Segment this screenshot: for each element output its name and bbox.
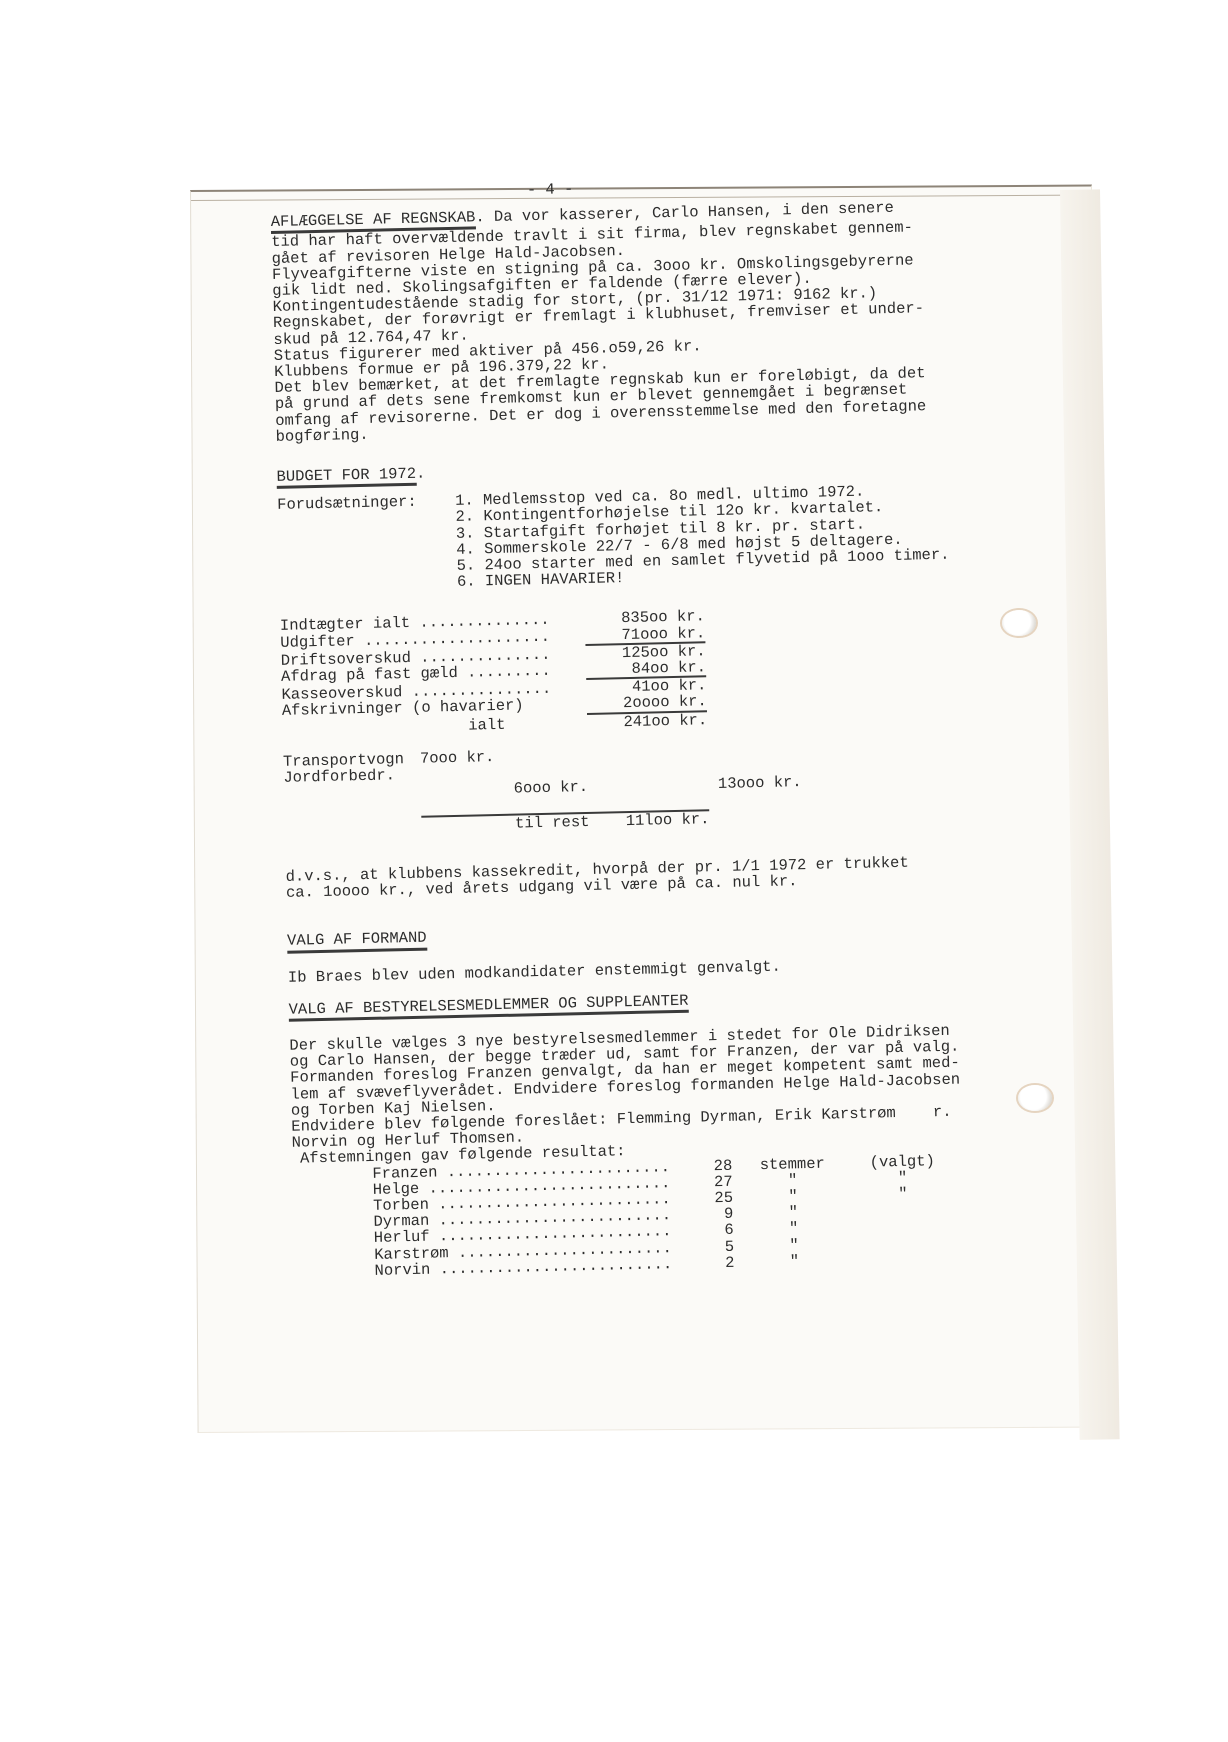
- section-board-election: VALG AF BESTYRELSESMEDLEMMER OG SUPPLEAN…: [288, 984, 1074, 1281]
- vote-unit: ": [734, 1252, 854, 1271]
- vote-count: 6: [704, 1222, 734, 1239]
- rest-value: 11loo kr.: [589, 811, 709, 830]
- vote-status: [854, 1250, 954, 1268]
- vote-count: 5: [704, 1238, 734, 1255]
- section-accounts: AFLÆGGELSE AF REGNSKAB. Da vor kasserer,…: [271, 197, 1056, 445]
- investment-total: 13ooo kr.: [681, 774, 801, 793]
- typewritten-page: - 4 - AFLÆGGELSE AF REGNSKAB. Da vor kas…: [270, 170, 1075, 1280]
- budget-table: Indtægter ialt ..............835oo kr.Ud…: [280, 601, 1063, 738]
- heading-suffix: .: [416, 465, 426, 483]
- vote-count: 28: [702, 1157, 732, 1174]
- vote-results: Franzen ........................28stemme…: [292, 1150, 1074, 1281]
- heading-budget: BUDGET FOR 1972: [276, 466, 416, 489]
- investment-amount: 6ooo kr.: [514, 777, 682, 797]
- investment-label: Jordforbedr.: [283, 767, 421, 821]
- vote-count: 2: [704, 1255, 734, 1272]
- section-budget: BUDGET FOR 1972. Forudsætninger: 1. Medl…: [276, 451, 1066, 901]
- investment-underlined: 6ooo kr.13ooo kr.: [420, 760, 709, 817]
- heading-chairman-election: VALG AF FORMAND: [287, 930, 427, 953]
- page-number: - 4 -: [330, 177, 770, 203]
- budget-value: 241oo kr.: [587, 712, 707, 731]
